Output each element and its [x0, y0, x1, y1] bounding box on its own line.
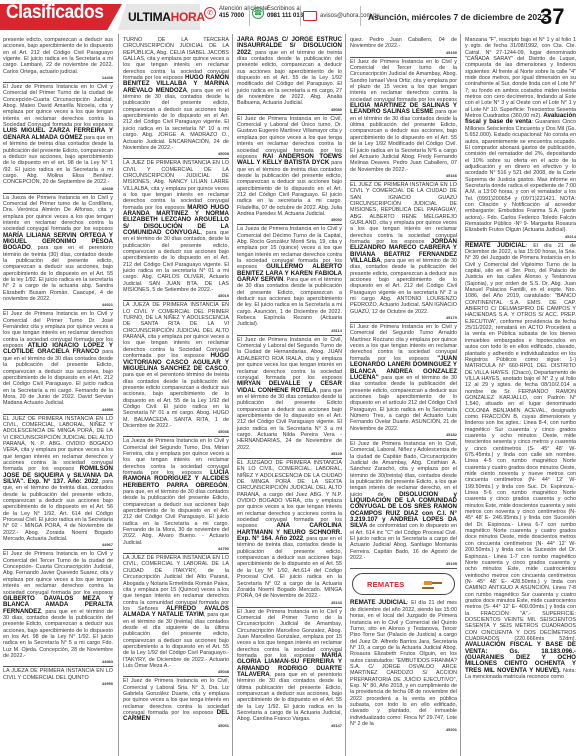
notice-text: : Guaranies Cinco Millones Seiscientos C…	[465, 119, 576, 233]
divider	[360, 6, 361, 26]
classified-notice: El Juez de Primera Instancia en lo Civil…	[237, 608, 342, 730]
classified-notice: Manzana "F", inscripto bajo el N° 1 y al…	[465, 36, 576, 242]
gavel-icon	[424, 578, 438, 590]
classifieds-columns: presente edicto, comparezcan a deducir s…	[0, 34, 580, 756]
notice-text: , para que en el término de 30 días, con…	[123, 88, 229, 151]
notice-text: quez. Pedro Juan Caballero, 04 de Noviem…	[350, 37, 457, 49]
notice-text: La Jueza de Primera Instancia en lo Civi…	[3, 195, 113, 233]
notice-code: 45036	[123, 429, 229, 434]
notice-text: , para que en el término de 30 días cont…	[237, 388, 342, 451]
notice-text: El Juez de Primera Instancia en lo Civil…	[123, 678, 229, 716]
notice-text: : El día 21 de Diciembre de 2022, a las …	[465, 243, 576, 642]
classified-notice: REMATE JUDICIAL: El día 21 de Diciembre …	[465, 242, 576, 683]
classified-notice: La Jueza de Primera Instancia en lo Civi…	[3, 194, 113, 311]
classified-notice: LA JUEZA DE PRIMERA INSTANCIA EN LO CIVI…	[3, 667, 113, 688]
notice-text: presente edicto, comparezcan a deducir s…	[3, 37, 113, 75]
dateline: Asunción, miércoles 7 de diciembre de 20…	[368, 12, 547, 22]
notice-text: LA JUEZ DE PRIMERA INSTANCIA EN LO CIVIL…	[123, 555, 229, 612]
notice-code: 45195	[350, 561, 457, 566]
notice-text: EL JUEZ DE PRIMERA INSTANCIA EN LO CIVIL…	[350, 182, 457, 245]
notice-highlight: REMATE JUDICIAL	[465, 242, 526, 249]
divider	[300, 6, 301, 26]
classified-notice: El Juez de Primera Instancia en lo Civil…	[3, 310, 113, 414]
classified-notice: LA JUEZA DE PRIMERA INSTANCIA EN LO CIVI…	[123, 301, 229, 437]
notice-text: para que en el término de 30 días contad…	[350, 109, 457, 172]
notice-code: 44921	[3, 302, 113, 307]
classified-notice: JARA ROJAS C/ JORGE ESTRUC INSAURRALDE S…	[237, 36, 342, 115]
notice-text: El Juez de Primera Instancia en lo Civil…	[350, 441, 457, 498]
classified-notice: quez. Pedro Juan Caballero, 04 de Noviem…	[350, 36, 457, 58]
contact-whatsapp: ☎ Escribinos al 0981 111 013	[252, 6, 303, 20]
notice-text: , para que, en el término de treinta día…	[3, 479, 113, 542]
notice-code: 44950	[3, 407, 113, 412]
notice-code: 45019	[123, 293, 229, 298]
phone-icon: ✆	[204, 7, 216, 19]
notice-code: 44990	[3, 681, 113, 686]
notice-code: 44967	[3, 542, 113, 547]
notice-code: 45179	[350, 315, 457, 320]
classified-notice: El Juez de Primera Instancia en lo Civil…	[350, 58, 457, 181]
notice-code: 45214	[465, 234, 576, 239]
notice-code: 45114	[237, 328, 342, 333]
notice-highlight: AVALUACIÓN FISCAL Y BASE DE VENTA: Gs. 1…	[465, 641, 576, 673]
notice-code: 44983	[3, 659, 113, 664]
notice-code: 45051	[123, 723, 229, 728]
notice-code: 45147	[237, 723, 342, 728]
classified-notice: LA JUEZ DE PRIMERA INSTANCIA EN LO CIVIL…	[123, 554, 229, 677]
column-1: presente edicto, comparezcan a deducir s…	[0, 34, 117, 756]
notice-code: 45080	[237, 107, 342, 112]
notice-text: , para que en el perentorio término de t…	[3, 245, 113, 302]
notice-code: 45182	[350, 432, 457, 437]
page-header: Clasificados ULTIMAHORA ✆ Atención al cl…	[0, 0, 580, 34]
notice-text: : El día 21 del mes de diciembre del año…	[350, 600, 457, 727]
classified-notice: El Juez de Primera Instancia en lo Civil…	[350, 440, 457, 570]
notice-text: El Juez de Primera Instancia en lo Civil…	[3, 84, 113, 128]
notice-text: , para que en el perentorio término de t…	[123, 366, 229, 429]
notice-code: 45048	[123, 669, 229, 674]
classified-notice: TURNO DE LA TERCERA CIRCUNSCRIPCIÓN JUDI…	[123, 36, 229, 159]
classified-notice: presente edicto, comparezcan a deducir s…	[3, 36, 113, 83]
remates-label: REMATES	[367, 580, 405, 589]
classified-notice: El Juez de Primera Instancia en lo Civil…	[237, 115, 342, 226]
notice-code: 45133	[237, 600, 342, 605]
notice-text: para que en el término de 30 días contad…	[3, 349, 113, 406]
classified-notice: La Jueza de Primera Instancia en lo Civi…	[123, 437, 229, 554]
column-5: Manzana "F", inscripto bajo el N° 1 y al…	[460, 34, 580, 756]
classified-notice: El Juez de Primera Instancia en lo Civil…	[350, 323, 457, 440]
notice-text: , para que en el término de treinta días…	[237, 50, 342, 107]
notice-code: 45092	[237, 217, 342, 222]
brand-logo: ULTIMAHORA	[128, 10, 205, 24]
column-4: quez. Pedro Juan Caballero, 04 de Noviem…	[345, 34, 460, 756]
notice-text: LA JUEZA DE PRIMERA INSTANCIA EN LO CIVI…	[3, 668, 113, 680]
notice-code: 14436	[3, 75, 113, 80]
notice-code: 45120	[237, 451, 342, 456]
notice-text: . Para que en el término de 30 días cont…	[237, 277, 342, 327]
section-title: Clasificados	[6, 2, 103, 24]
notice-code: 44790	[123, 546, 229, 551]
notice-text: Manzana "F", inscripto bajo el N° 1 y al…	[465, 37, 576, 119]
notice-text: EL JUZGADO DE PRIMERA INSTANCIA EN LO CI…	[237, 460, 342, 529]
classified-notice: LA JUEZ DE PRIMERA INSTANCIA EN LO CIVIL…	[123, 159, 229, 301]
column-3: JARA ROJAS C/ JORGE ESTRUC INSAURRALDE S…	[232, 34, 345, 756]
notice-text: El Juez de Primera Instancia en lo Civil…	[350, 59, 457, 103]
notice-code: 45008	[123, 151, 229, 156]
column-2: TURNO DE LA TERCERA CIRCUNSCRIPCIÓN JUDI…	[118, 34, 232, 756]
notice-text: , para que en el término de treinta días…	[237, 536, 342, 599]
classified-notice: REMATE JUDICIAL: El día 21 del mes de di…	[350, 599, 457, 734]
notice-text: , para que en el término de 30 días cont…	[123, 230, 229, 293]
whatsapp-icon: ☎	[252, 7, 264, 19]
notice-text: para que en el término de 30 días contad…	[350, 375, 457, 432]
notice-code: 45150	[350, 50, 457, 55]
notice-text: para que en el término de treinta días c…	[237, 160, 342, 217]
classified-notice: El Juez de Primera Instancia en lo Civil…	[3, 550, 113, 667]
notice-code: 45201	[350, 727, 457, 732]
remates-banner: REMATES	[352, 573, 455, 595]
envelope-icon	[303, 11, 317, 21]
classified-notice: El Juez de Primera Instancia en lo Civil…	[237, 336, 342, 459]
notice-text: , para que en el perentorio término de 3…	[237, 672, 342, 722]
classified-notice: EL JUZGADO DE PRIMERA INSTANCIA EN LO CI…	[237, 459, 342, 608]
notice-code: 42638	[3, 186, 113, 191]
classified-notice: La Jueza de Primera Instancia en lo Civi…	[237, 225, 342, 336]
notice-text: para que en el término de treinta días c…	[3, 135, 113, 185]
notice-text: EL JUEZ DE PRIMERA INSTANCIA EN LO CIVIL…	[3, 416, 113, 473]
classified-notice: EL JUEZ DE PRIMERA INSTANCIA EN LO CIVIL…	[3, 415, 113, 551]
notice-text: LA JUEZA DE PRIMERA INSTANCIA EN LO CIVI…	[123, 302, 229, 359]
notice-text: , para que en el término de 30 días, con…	[3, 609, 113, 659]
classified-notice: El Juez de Primera Instancia en lo Civil…	[3, 83, 113, 194]
notice-code: 45166	[350, 173, 457, 178]
notice-text: , para que en el término de 30 días, con…	[350, 258, 457, 315]
classified-notice: EL JUEZ DE PRIMERA INSTANCIA EN LO CIVIL…	[350, 181, 457, 323]
notice-text: , para que en el término de 30 (treinta)…	[123, 612, 229, 669]
notice-text: El Juez de Primera Instancia en lo Civil…	[237, 337, 342, 381]
classified-notice: El Juez de Primera Instancia en lo Civil…	[123, 677, 229, 729]
page-number: 37	[540, 4, 564, 30]
notice-text: El Juez de Primera Instancia en lo Civil…	[3, 551, 113, 595]
notice-text: , para que, en el término de 30 días con…	[123, 483, 229, 546]
notice-text: de conformidad con lo dispuesto en el Ar…	[350, 523, 457, 561]
notice-highlight: REMATE JUDICIAL	[350, 599, 407, 606]
divider	[249, 6, 250, 26]
